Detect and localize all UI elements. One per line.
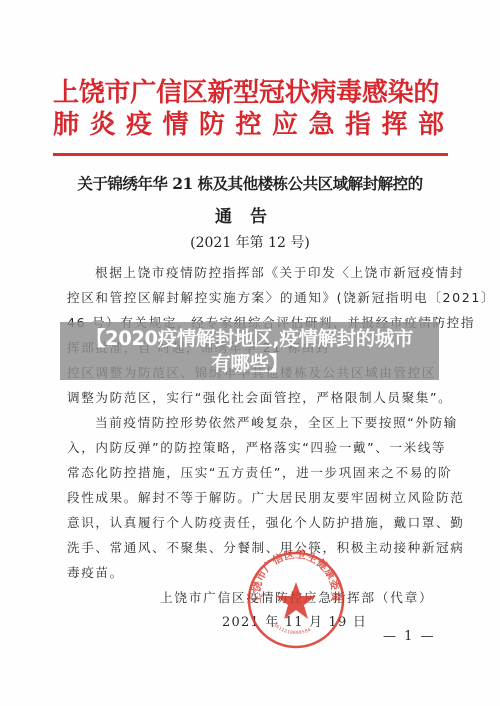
body-line: 调整为防范区，实行“强化社会面管控，严格限制人员聚集”。 [67, 390, 437, 406]
body-line: 常态化防控措施，压实“五方责任”，进一步巩固来之不易的阶 [67, 465, 437, 481]
document-page: 上饶市广信区新型冠状病毒感染的 肺炎疫情防控应急指挥部 关于锦绣年华 21 栋及… [0, 0, 500, 706]
body-line: 控区和管控区解封解控实施方案〉的通知》(饶新冠指明电〔2021〕 [67, 290, 437, 306]
body-line: 段性成果。解封不等于解防。广大居民朋友要牢固树立风险防范 [67, 490, 437, 506]
red-header-rule [53, 153, 448, 156]
body-line: 当前疫情防控形势依然严峻复杂，全区上下要按照“外防输 [95, 415, 437, 431]
issuer-title-line2: 肺炎疫情防控应急指挥部 [53, 112, 438, 138]
body-line: 入，内防反弹”的防控策略，严格落实“四验一戴”、一米线等 [67, 440, 437, 456]
body-line: 根据上饶市疫情防控指挥部《关于印发〈上饶市新冠疫情封 [95, 265, 437, 281]
body-line: 意识，认真履行个人防疫责任，强化个人防护措施，戴口罩、勤 [67, 515, 437, 531]
overlay-title: 【2020疫情解封地区,疫情解封的城市 有哪些】 [60, 326, 439, 376]
overlay-title-line1: 【2020疫情解封地区,疫情解封的城市 [60, 326, 439, 351]
title-overlay-banner: 【2020疫情解封地区,疫情解封的城市 有哪些】 [60, 322, 439, 380]
notice-heading: 通告 [60, 202, 440, 227]
page-number: — 1 — [383, 629, 436, 644]
issuer-title-line1: 上饶市广信区新型冠状病毒感染的 [53, 80, 438, 106]
document-number: (2021 年第 12 号) [60, 232, 440, 252]
seal-code: 3611210009584 [272, 622, 312, 636]
star-icon [276, 582, 316, 619]
notice-title: 关于锦绣年华 21 栋及其他楼栋公共区域解封解控的 [60, 172, 440, 194]
overlay-title-line2: 有哪些】 [60, 351, 439, 376]
official-seal-icon: 上饶市广信区卫生健康委员会 3611210009584 [246, 550, 346, 650]
svg-text:3611210009584: 3611210009584 [272, 622, 312, 636]
